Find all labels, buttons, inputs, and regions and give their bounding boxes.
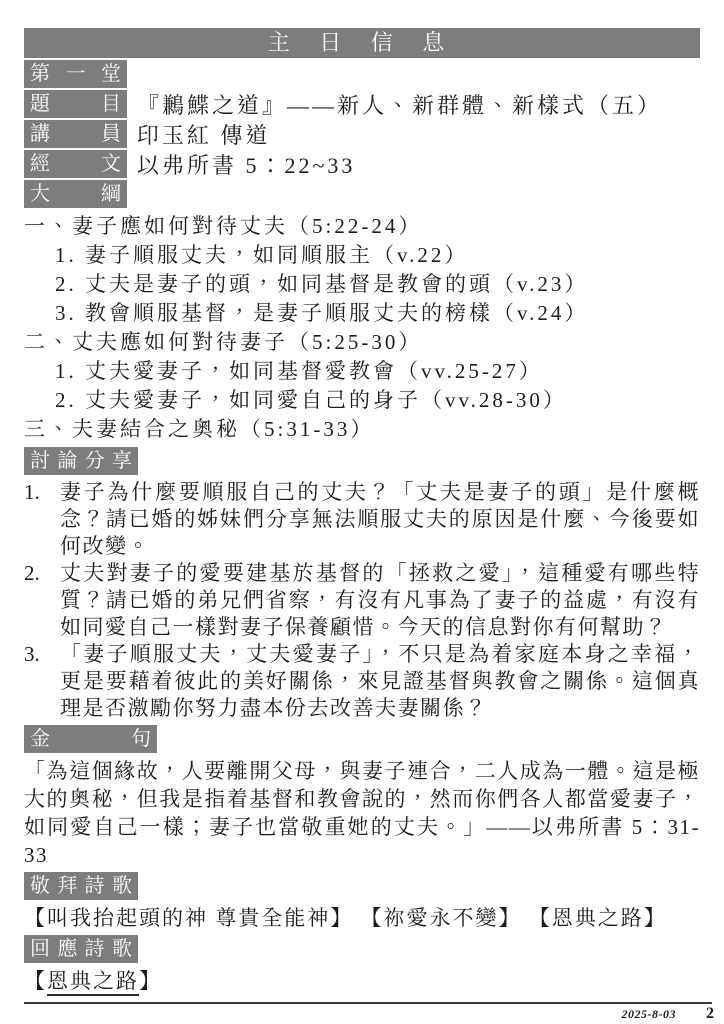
- footer-meta: 2025-8-03 2: [24, 1004, 714, 1023]
- scripture-reference: 以弗所書 5：22~33: [137, 149, 355, 180]
- speaker-label: 講 員: [24, 120, 127, 148]
- discussion-label: 討論分享: [24, 447, 138, 475]
- outline-sub-1-2: 2. 丈夫是妻子的頭，如同基督是教會的頭（v.23）: [24, 270, 700, 299]
- bracket-close: 】: [139, 969, 162, 993]
- outline-point-1: 一、妻子應如何對待丈夫（5:22-24）: [24, 212, 700, 241]
- topic-row: 題 目 『鶼鰈之道』——新人、新群體、新樣式（五）: [24, 90, 700, 118]
- discussion-item-text: 丈夫對妻子的愛要建基於基督的「拯救之愛」，這種愛有哪些特質？請已婚的弟兄們省察，…: [60, 560, 700, 641]
- outline-sub-2-2: 2. 丈夫愛妻子，如同愛自己的身子（vv.28-30）: [24, 386, 700, 415]
- golden-verse-text: 「為這個緣故，人要離開父母，與妻子連合，二人成為一體。這是極大的奧秘，但我是指着…: [24, 757, 700, 869]
- speaker-row: 講 員 印玉紅 傳道: [24, 120, 700, 148]
- outline-sub-1-1: 1. 妻子順服丈夫，如同順服主（v.22）: [24, 241, 700, 270]
- worship-songs-list: 【叫我抬起頭的神 尊貴全能神】 【祢愛永不變】 【恩典之路】: [24, 904, 700, 932]
- discussion-item-2: 2. 丈夫對妻子的愛要建基於基督的「拯救之愛」，這種愛有哪些特質？請已婚的弟兄們…: [24, 560, 700, 641]
- discussion-item-number: 1.: [24, 479, 60, 506]
- response-song-line: 【恩典之路】: [24, 967, 700, 995]
- footer-date: 2025-8-03: [622, 1007, 677, 1022]
- outline-point-2: 二、丈夫應如何對待妻子（5:25-30）: [24, 328, 700, 357]
- outline-sub-1-3: 3. 教會順服基督，是妻子順服丈夫的榜樣（v.24）: [24, 299, 700, 328]
- bracket-open: 【: [24, 969, 47, 993]
- session-row: 第 一 堂: [24, 60, 700, 88]
- outline-point-3: 三、夫妻結合之奧秘（5:31-33）: [24, 415, 700, 444]
- discussion-item-text: 妻子為什麼要順服自己的丈夫？「丈夫是妻子的頭」是什麼概念？請已婚的姊妹們分享無法…: [60, 479, 700, 560]
- discussion-item-number: 3.: [24, 641, 60, 668]
- speaker-name: 印玉紅 傳道: [137, 119, 271, 150]
- scripture-label: 經 文: [24, 150, 127, 178]
- scripture-row: 經 文 以弗所書 5：22~33: [24, 150, 700, 178]
- response-song-label: 回應詩歌: [24, 935, 138, 963]
- sermon-topic: 『鶼鰈之道』——新人、新群體、新樣式（五）: [137, 89, 662, 120]
- discussion-item-text: 「妻子順服丈夫，丈夫愛妻子」，不只是為着家庭本身之幸福，更是要藉着彼此的美好關係…: [60, 641, 700, 722]
- worship-songs-label: 敬拜詩歌: [24, 872, 138, 900]
- page-number: 2: [706, 1005, 714, 1023]
- sermon-outline: 一、妻子應如何對待丈夫（5:22-24） 1. 妻子順服丈夫，如同順服主（v.2…: [24, 212, 700, 444]
- discussion-item-number: 2.: [24, 560, 60, 587]
- response-song-name: 恩典之路: [47, 969, 139, 996]
- outline-label: 大 綱: [24, 180, 127, 208]
- outline-sub-2-1: 1. 丈夫愛妻子，如同基督愛教會（vv.25-27）: [24, 357, 700, 386]
- golden-verse-label: 金 句: [24, 725, 157, 753]
- outline-label-row: 大 綱: [24, 180, 700, 208]
- page-footer: 2025-8-03 2: [24, 1002, 714, 1023]
- session-label: 第 一 堂: [24, 60, 127, 88]
- bulletin-page: 主 日 信 息 第 一 堂 題 目 『鶼鰈之道』——新人、新群體、新樣式（五） …: [0, 0, 724, 1024]
- discussion-item-1: 1. 妻子為什麼要順服自己的丈夫？「丈夫是妻子的頭」是什麼概念？請已婚的姊妹們分…: [24, 479, 700, 560]
- page-title: 主 日 信 息: [24, 28, 700, 58]
- discussion-item-3: 3. 「妻子順服丈夫，丈夫愛妻子」，不只是為着家庭本身之幸福，更是要藉着彼此的美…: [24, 641, 700, 722]
- topic-label: 題 目: [24, 90, 127, 118]
